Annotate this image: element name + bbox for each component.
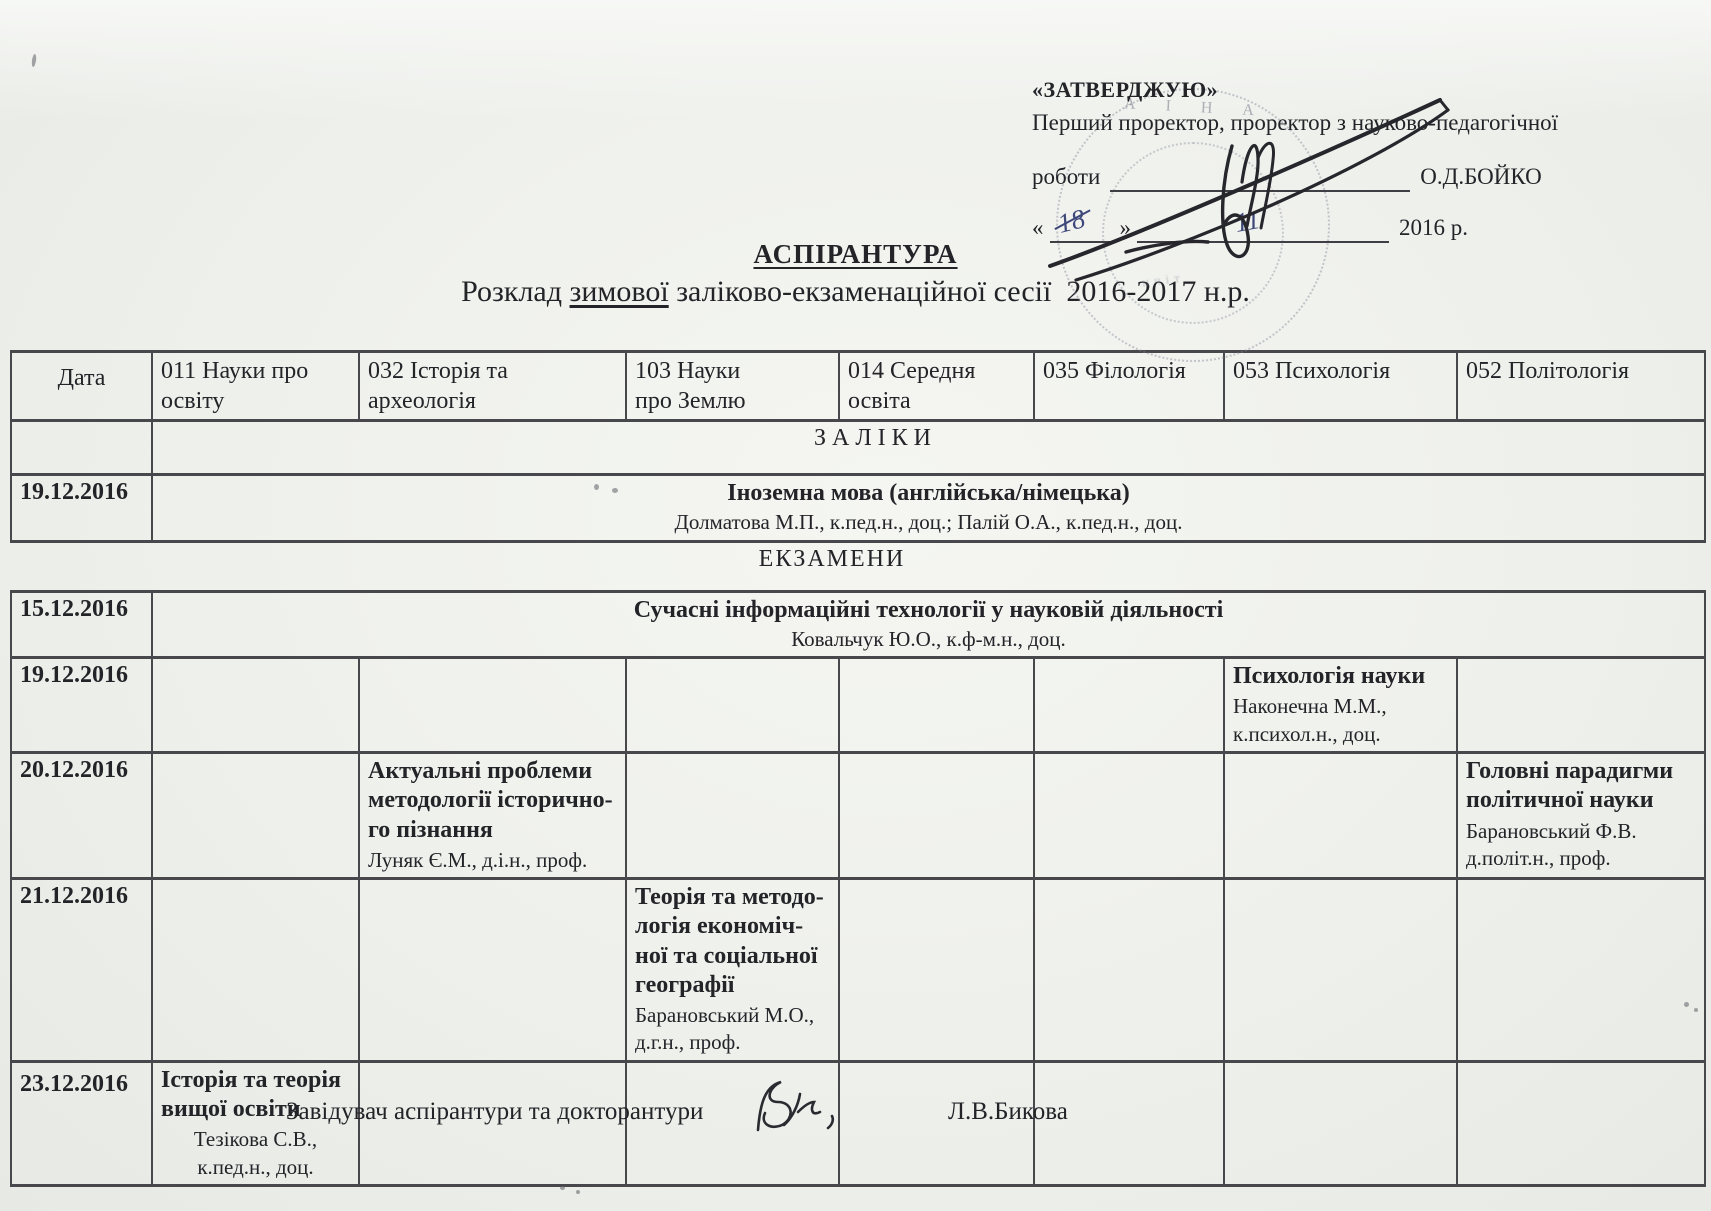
empty-cell bbox=[152, 752, 359, 878]
empty-cell bbox=[626, 752, 839, 878]
head-of-postgraduate-label: Завідувач аспірантури та докторантури bbox=[286, 1098, 703, 1126]
approval-date-line: «18»112016 р. bbox=[1032, 214, 1682, 243]
approval-heading: «ЗАТВЕРДЖУЮ» bbox=[1032, 76, 1682, 104]
row-20-12: 20.12.2016 Актуальні проблеми методологі… bbox=[11, 752, 1705, 878]
empty-cell bbox=[839, 658, 1034, 753]
subject-teachers: Наконечна М.М., к.психол.н., доц. bbox=[1233, 693, 1448, 748]
date-cell: 19.12.2016 bbox=[11, 658, 152, 753]
subject-teachers: Ковальчук Ю.О., к.ф-м.н., доц. bbox=[161, 626, 1696, 653]
subject-title: Психологія науки bbox=[1233, 662, 1448, 691]
subject-cell-paradyhmy: Головні парадигми політичної науки Баран… bbox=[1457, 752, 1705, 878]
empty-cell bbox=[359, 658, 626, 753]
empty-cell bbox=[1457, 1061, 1705, 1185]
approval-position-line: Перший проректор, проректор з науково-пе… bbox=[1032, 109, 1682, 138]
subject-title: Сучасні інформаційні технології у науков… bbox=[161, 596, 1696, 625]
signature-blank-line bbox=[1110, 165, 1410, 192]
scanned-schedule-page: «ЗАТВЕРДЖУЮ» Перший проректор, проректор… bbox=[0, 0, 1711, 1211]
date-cell: 15.12.2016 bbox=[11, 591, 152, 658]
empty-cell bbox=[1034, 879, 1224, 1062]
approval-year: 2016 р. bbox=[1399, 215, 1468, 240]
subject-teachers: Барановський Ф.В. д.політ.н., проф. bbox=[1466, 818, 1696, 873]
zaliky-section-row: З А Л І К И bbox=[11, 421, 1705, 475]
empty-cell bbox=[626, 658, 839, 753]
day-blank: 18 bbox=[1050, 216, 1114, 243]
row-21-12: 21.12.2016 Теорія та методо- логія еконо… bbox=[11, 879, 1705, 1062]
empty-cell bbox=[152, 658, 359, 753]
col-header-032: 032 Історія та археологія bbox=[359, 352, 626, 421]
approval-roboty-label: роботи bbox=[1032, 164, 1100, 189]
col-header-035: 035 Філологія bbox=[1034, 352, 1224, 421]
empty-cell bbox=[839, 879, 1034, 1062]
empty-cell bbox=[152, 879, 359, 1062]
head-of-postgraduate-name: Л.В.Бикова bbox=[948, 1098, 1068, 1126]
subject-title: Актуальні проблеми методології історично… bbox=[368, 757, 617, 845]
col-header-103: 103 Науки про Землю bbox=[626, 352, 839, 421]
subject-cell-heohrafiia: Теорія та методо- логія економіч- ної та… bbox=[626, 879, 839, 1062]
scan-artifact bbox=[576, 1190, 580, 1194]
month-blank: 11 bbox=[1137, 216, 1389, 243]
subtitle-underlined-word: зимової bbox=[570, 275, 669, 308]
row-suchasni-tekhnolohii: 15.12.2016 Сучасні інформаційні технолог… bbox=[11, 591, 1705, 658]
subject-cell-psykholohiia: Психологія науки Наконечна М.М., к.психо… bbox=[1224, 658, 1457, 753]
subject-cell-istorychne: Актуальні проблеми методології історично… bbox=[359, 752, 626, 878]
empty-cell bbox=[839, 752, 1034, 878]
schedule-table: Дата 011 Науки про освіту 032 Історія та… bbox=[10, 350, 1706, 1187]
ekzameny-section-row: ЕКЗАМЕНИ bbox=[11, 541, 1705, 591]
empty-cell bbox=[1034, 658, 1224, 753]
date-cell: 20.12.2016 bbox=[11, 752, 152, 878]
empty-cell bbox=[1224, 752, 1457, 878]
subject-teachers: Барановський М.О., д.г.н., проф. bbox=[635, 1002, 830, 1057]
title-block: АСПІРАНТУРА Розклад зимової заліково-екз… bbox=[0, 239, 1711, 309]
col-header-052: 052 Політологія bbox=[1457, 352, 1705, 421]
quote-close: » bbox=[1120, 215, 1132, 240]
empty-cell bbox=[1457, 658, 1705, 753]
scan-artifact bbox=[31, 54, 37, 67]
zaliky-section-label: З А Л І К И bbox=[152, 421, 1705, 475]
page-subtitle: Розклад зимової заліково-екзаменаційної … bbox=[0, 275, 1711, 309]
approval-signature-line: роботиО.Д.БОЙКО bbox=[1032, 163, 1682, 192]
empty-cell bbox=[11, 421, 152, 475]
subject-cell-inozemna: Іноземна мова (англійська/німецька) Долм… bbox=[152, 475, 1705, 542]
empty-cell bbox=[1457, 879, 1705, 1062]
subtitle-suffix: заліково-екзаменаційної сесії 2016-2017 … bbox=[669, 275, 1250, 308]
subject-teachers: Тезікова С.В., к.пед.н., доц. bbox=[161, 1126, 350, 1181]
row-23-12: 23.12.2016 Історія та теорія вищої освіт… bbox=[11, 1061, 1705, 1185]
approval-block: «ЗАТВЕРДЖУЮ» Перший проректор, проректор… bbox=[1032, 76, 1682, 243]
subject-title: Головні парадигми політичної науки bbox=[1466, 757, 1696, 816]
header-row: Дата 011 Науки про освіту 032 Історія та… bbox=[11, 352, 1705, 421]
quote-open: « bbox=[1032, 215, 1044, 240]
subject-cell-suchasni: Сучасні інформаційні технології у науков… bbox=[152, 591, 1705, 658]
empty-cell bbox=[1034, 752, 1224, 878]
col-header-014: 014 Середня освіта bbox=[839, 352, 1034, 421]
subject-title: Іноземна мова (англійська/німецька) bbox=[161, 479, 1696, 508]
col-header-053: 053 Психологія bbox=[1224, 352, 1457, 421]
date-cell: 21.12.2016 bbox=[11, 879, 152, 1062]
ekzameny-section-label: ЕКЗАМЕНИ bbox=[11, 541, 1705, 591]
empty-cell bbox=[359, 879, 626, 1062]
col-header-date: Дата bbox=[11, 352, 152, 421]
row-psykholohiia-nauky: 19.12.2016 Психологія науки Наконечна М.… bbox=[11, 658, 1705, 753]
subject-teachers: Луняк Є.М., д.і.н., проф. bbox=[368, 847, 617, 874]
row-inozemna-mova: 19.12.2016 Іноземна мова (англійська/нім… bbox=[11, 475, 1705, 542]
approval-name: О.Д.БОЙКО bbox=[1420, 164, 1541, 189]
page-title: АСПІРАНТУРА bbox=[0, 239, 1711, 270]
empty-cell bbox=[1224, 1061, 1457, 1185]
subject-teachers: Долматова М.П., к.пед.н., доц.; Палій О.… bbox=[161, 509, 1696, 536]
date-cell: 23.12.2016 bbox=[11, 1061, 152, 1185]
handwritten-month: 11 bbox=[1232, 203, 1262, 241]
col-header-011: 011 Науки про освіту bbox=[152, 352, 359, 421]
subtitle-prefix: Розклад bbox=[461, 275, 569, 308]
subject-title: Теорія та методо- логія економіч- ної та… bbox=[635, 883, 830, 1000]
date-cell: 19.12.2016 bbox=[11, 475, 152, 542]
handwritten-day: 18 bbox=[1054, 202, 1088, 241]
empty-cell bbox=[1224, 879, 1457, 1062]
